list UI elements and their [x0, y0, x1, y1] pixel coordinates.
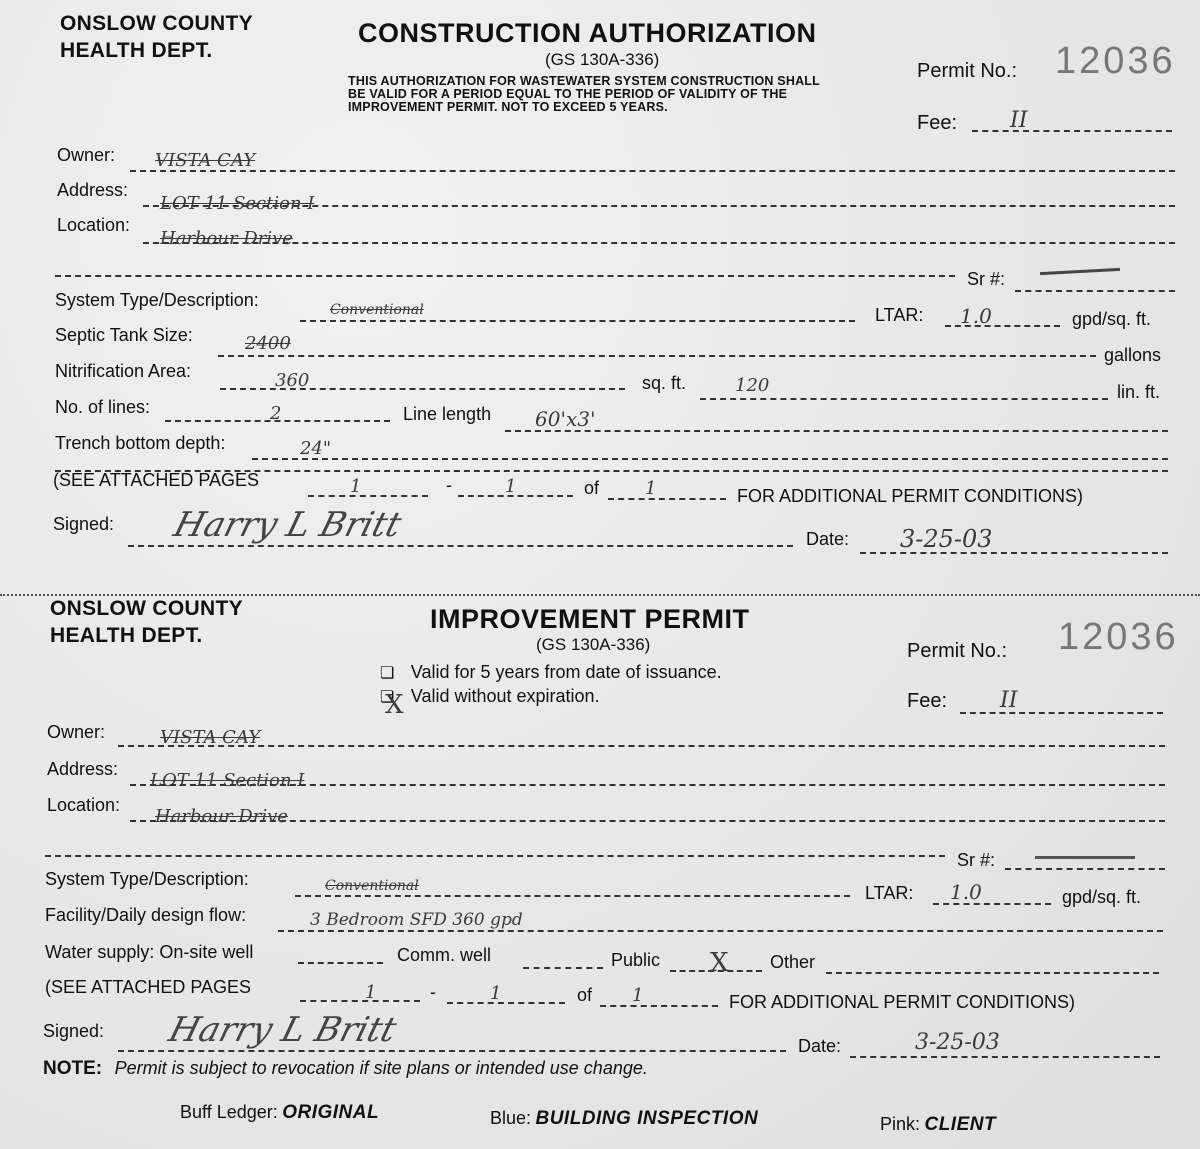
form-title: IMPROVEMENT PERMIT	[430, 604, 750, 635]
system-type-field[interactable]	[295, 895, 850, 897]
location-field[interactable]	[143, 242, 1175, 244]
line-length-field[interactable]	[505, 430, 1168, 432]
trench-label: Trench bottom depth:	[55, 433, 225, 454]
other-label: Other	[770, 952, 815, 973]
attached-pages-label: (SEE ATTACHED PAGES	[45, 977, 251, 998]
fee-value: II	[1000, 688, 1017, 713]
copy-value: BUILDING INSPECTION	[535, 1108, 758, 1129]
system-type-label: System Type/Description:	[45, 869, 249, 890]
agency-name: ONSLOW COUNTY HEALTH DEPT.	[60, 10, 253, 64]
revocation-note: NOTE: Permit is subject to revocation if…	[43, 1058, 648, 1080]
option-label: Valid for 5 years from date of issuance.	[411, 662, 722, 682]
agency-line-1: ONSLOW COUNTY	[50, 595, 243, 622]
sr-field[interactable]	[1015, 290, 1175, 292]
location-continuation-field[interactable]	[55, 275, 955, 277]
lines-value: 2	[270, 403, 281, 424]
validity-option-5-years[interactable]: ❏ Valid for 5 years from date of issuanc…	[380, 662, 722, 683]
agency-line-2: HEALTH DEPT.	[60, 37, 253, 64]
nitrification-label: Nitrification Area:	[55, 361, 191, 382]
permit-document: ONSLOW COUNTY HEALTH DEPT. CONSTRUCTION …	[0, 0, 1200, 1149]
ltar-value: 1.0	[950, 880, 982, 904]
owner-value: VISTA CAY	[160, 727, 260, 748]
attached-of-label: of	[584, 478, 599, 499]
attached-from-value: 1	[350, 476, 361, 497]
ltar-unit: gpd/sq. ft.	[1072, 309, 1151, 330]
comm-well-field[interactable]	[523, 967, 603, 969]
attached-of-label: of	[577, 985, 592, 1006]
location-value: Harbour Drive	[155, 806, 288, 827]
permit-no-label: Permit No.:	[907, 640, 1007, 663]
date-label: Date:	[798, 1036, 841, 1057]
attached-suffix: FOR ADDITIONAL PERMIT CONDITIONS)	[737, 486, 1083, 507]
copy-label: Pink:	[880, 1114, 920, 1134]
note-label: NOTE:	[43, 1058, 102, 1079]
address-label: Address:	[47, 759, 118, 780]
trench-field[interactable]	[252, 458, 1168, 460]
agency-name: ONSLOW COUNTY HEALTH DEPT.	[50, 595, 243, 649]
design-flow-field[interactable]	[278, 930, 1163, 932]
attached-dash: -	[446, 475, 452, 496]
attached-total-value: 1	[645, 478, 656, 499]
option-label: Valid without expiration.	[411, 686, 600, 706]
note-text: Permit is subject to revocation if site …	[115, 1058, 648, 1078]
signature-field[interactable]	[128, 545, 793, 547]
date-value: 3-25-03	[900, 525, 993, 553]
copy-value: CLIENT	[924, 1114, 996, 1135]
fee-label: Fee:	[907, 690, 947, 713]
sr-field[interactable]	[1005, 868, 1165, 870]
public-label: Public	[611, 950, 660, 971]
copy-value: ORIGINAL	[282, 1102, 379, 1123]
attached-total-value: 1	[632, 985, 643, 1006]
ltar-value: 1.0	[960, 304, 992, 328]
attached-dash: -	[430, 982, 436, 1003]
fee-field-line[interactable]	[960, 712, 1163, 714]
notice-line: IMPROVEMENT PERMIT. NOT TO EXCEED 5 YEAR…	[348, 101, 820, 114]
permit-number: 12036	[1055, 40, 1176, 83]
owner-field[interactable]	[118, 745, 1165, 747]
signature: Harry L Britt	[170, 505, 406, 545]
location-continuation-field[interactable]	[45, 855, 945, 857]
agency-line-1: ONSLOW COUNTY	[60, 10, 253, 37]
attached-total-field[interactable]	[608, 498, 726, 500]
septic-tank-unit: gallons	[1104, 345, 1161, 366]
system-type-value: Conventional	[325, 878, 419, 894]
sr-value-stroke	[1035, 856, 1135, 859]
location-label: Location:	[47, 795, 120, 816]
attached-to-field[interactable]	[447, 1002, 565, 1004]
signature: Harry L Britt	[165, 1010, 401, 1050]
attached-to-value: 1	[490, 983, 501, 1004]
date-field[interactable]	[850, 1056, 1160, 1058]
copy-pink: Pink: CLIENT	[880, 1114, 996, 1136]
sr-label: Sr #:	[957, 850, 995, 871]
trench-value: 24"	[300, 438, 331, 459]
attached-total-field[interactable]	[600, 1005, 718, 1007]
owner-label: Owner:	[47, 722, 105, 743]
date-value: 3-25-03	[915, 1030, 1000, 1055]
form-title: CONSTRUCTION AUTHORIZATION	[358, 18, 816, 49]
address-value: LOT 11 Section I	[150, 770, 304, 791]
attached-to-value: 1	[505, 476, 516, 497]
statute-reference: (GS 130A-336)	[545, 50, 659, 70]
checked-mark-icon: X	[385, 690, 404, 720]
attached-from-field[interactable]	[308, 495, 428, 497]
ltar-label: LTAR:	[865, 883, 913, 904]
lines-label: No. of lines:	[55, 397, 150, 418]
signed-label: Signed:	[53, 514, 114, 535]
fee-label: Fee:	[917, 112, 957, 135]
location-label: Location:	[57, 215, 130, 236]
sr-value-stroke	[1040, 268, 1120, 275]
fee-field-line[interactable]	[972, 130, 1172, 132]
agency-line-2: HEALTH DEPT.	[50, 622, 243, 649]
design-flow-value: 3 Bedroom SFD 360 gpd	[310, 910, 523, 930]
septic-tank-value: 2400	[245, 333, 291, 354]
other-field[interactable]	[826, 972, 1159, 974]
attached-from-value: 1	[365, 982, 376, 1003]
permit-no-label: Permit No.:	[917, 60, 1017, 83]
address-label: Address:	[57, 180, 128, 201]
permit-number: 12036	[1058, 616, 1179, 659]
attached-suffix: FOR ADDITIONAL PERMIT CONDITIONS)	[729, 992, 1075, 1013]
nitrification-value: 360	[275, 370, 309, 391]
septic-tank-field[interactable]	[218, 355, 1096, 357]
septic-tank-label: Septic Tank Size:	[55, 325, 193, 346]
validity-notice: THIS AUTHORIZATION FOR WASTEWATER SYSTEM…	[348, 75, 820, 114]
lin-ft-field[interactable]	[700, 398, 1108, 400]
lin-ft-unit: lin. ft.	[1117, 382, 1160, 403]
ltar-label: LTAR:	[875, 305, 923, 326]
comm-well-label: Comm. well	[397, 945, 491, 966]
copy-buff: Buff Ledger: ORIGINAL	[180, 1102, 379, 1124]
address-value: LOT 11 Section I	[160, 193, 314, 214]
attached-from-field[interactable]	[300, 1000, 420, 1002]
signed-label: Signed:	[43, 1021, 104, 1042]
validity-option-no-expiration[interactable]: ❏ Valid without expiration.	[380, 686, 600, 707]
sr-label: Sr #:	[967, 269, 1005, 290]
design-flow-label: Facility/Daily design flow:	[45, 905, 246, 926]
fee-value: II	[1010, 108, 1027, 133]
system-type-value: Conventional	[330, 302, 424, 318]
on-site-well-field[interactable]	[298, 962, 383, 964]
public-checked-mark-icon: X	[710, 948, 729, 978]
copy-label: Buff Ledger:	[180, 1102, 278, 1122]
line-length-label: Line length	[403, 404, 491, 425]
checkbox-icon[interactable]: ❏	[380, 665, 394, 682]
system-type-label: System Type/Description:	[55, 290, 259, 311]
attached-pages-label: (SEE ATTACHED PAGES	[53, 470, 259, 491]
location-value: Harbour Drive	[160, 228, 293, 249]
copy-label: Blue:	[490, 1108, 531, 1128]
nitrification-unit: sq. ft.	[642, 373, 686, 394]
date-label: Date:	[806, 529, 849, 550]
owner-value: VISTA CAY	[155, 150, 255, 171]
owner-label: Owner:	[57, 145, 115, 166]
copy-blue: Blue: BUILDING INSPECTION	[490, 1108, 758, 1130]
owner-field[interactable]	[130, 170, 1175, 172]
water-supply-label: Water supply: On-site well	[45, 942, 253, 963]
lin-ft-value: 120	[735, 375, 769, 396]
system-type-field[interactable]	[300, 320, 855, 322]
ltar-unit: gpd/sq. ft.	[1062, 887, 1141, 908]
statute-reference: (GS 130A-336)	[536, 635, 650, 655]
line-length-value: 60'x3'	[535, 407, 595, 431]
signature-field[interactable]	[118, 1050, 786, 1052]
